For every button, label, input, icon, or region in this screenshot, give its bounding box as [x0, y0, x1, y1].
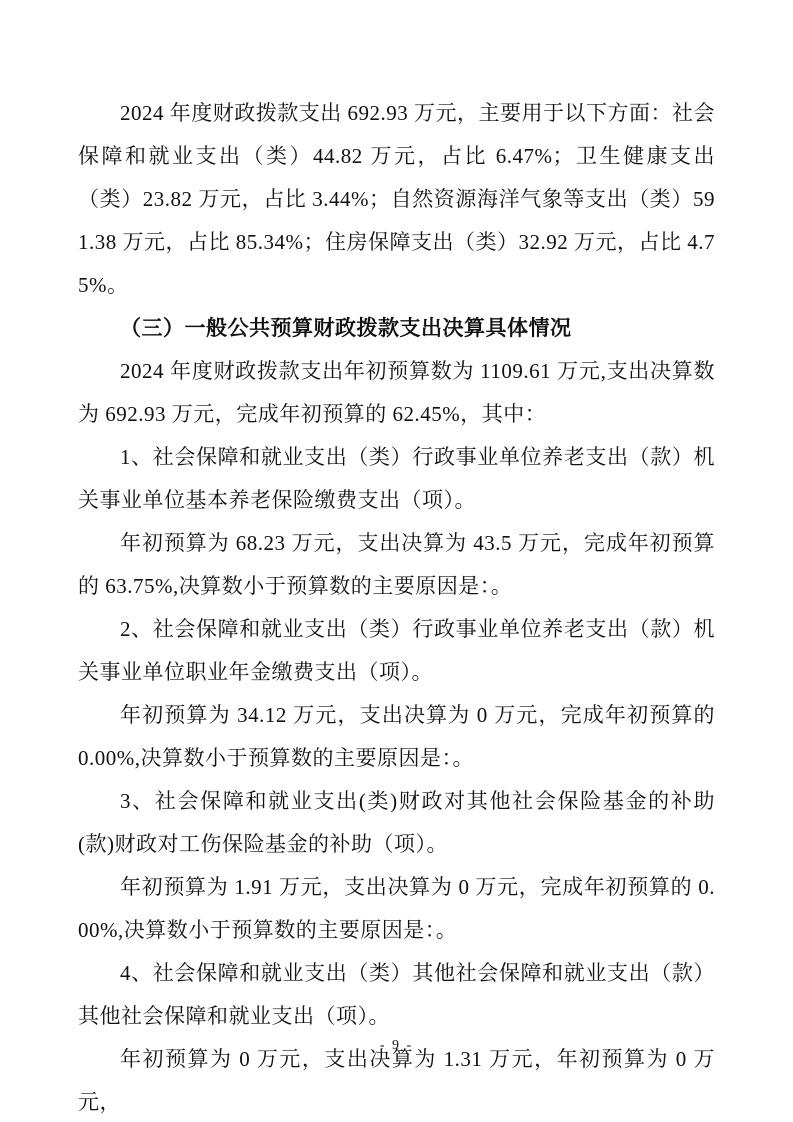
para-item-2-detail: 年初预算为 34.12 万元，支出决算为 0 万元，完成年初预算的 0.00%,… — [78, 694, 715, 780]
para-budget-summary: 2024 年度财政拨款支出年初预算数为 1109.61 万元,支出决算数为 69… — [78, 350, 715, 436]
section-heading-general-public-budget: （三）一般公共预算财政拨款支出决算具体情况 — [78, 307, 715, 350]
para-item-2-title: 2、社会保障和就业支出（类）行政事业单位养老支出（款）机关事业单位职业年金缴费支… — [78, 608, 715, 694]
document-body: 2024 年度财政拨款支出 692.93 万元，主要用于以下方面：社会保障和就业… — [78, 92, 715, 1122]
para-expenditure-overview: 2024 年度财政拨款支出 692.93 万元，主要用于以下方面：社会保障和就业… — [78, 92, 715, 307]
para-item-4-title: 4、社会保障和就业支出（类）其他社会保障和就业支出（款）其他社会保障和就业支出（… — [78, 952, 715, 1038]
para-item-3-title: 3、社会保障和就业支出(类)财政对其他社会保险基金的补助(款)财政对工伤保险基金… — [78, 780, 715, 866]
para-item-1-detail: 年初预算为 68.23 万元，支出决算为 43.5 万元，完成年初预算的 63.… — [78, 522, 715, 608]
para-item-1-title: 1、社会保障和就业支出（类）行政事业单位养老支出（款）机关事业单位基本养老保险缴… — [78, 436, 715, 522]
page-number: - 9 - — [0, 1036, 793, 1056]
document-page: 2024 年度财政拨款支出 692.93 万元，主要用于以下方面：社会保障和就业… — [0, 0, 793, 1122]
para-item-3-detail: 年初预算为 1.91 万元，支出决算为 0 万元，完成年初预算的 0.00%,决… — [78, 866, 715, 952]
